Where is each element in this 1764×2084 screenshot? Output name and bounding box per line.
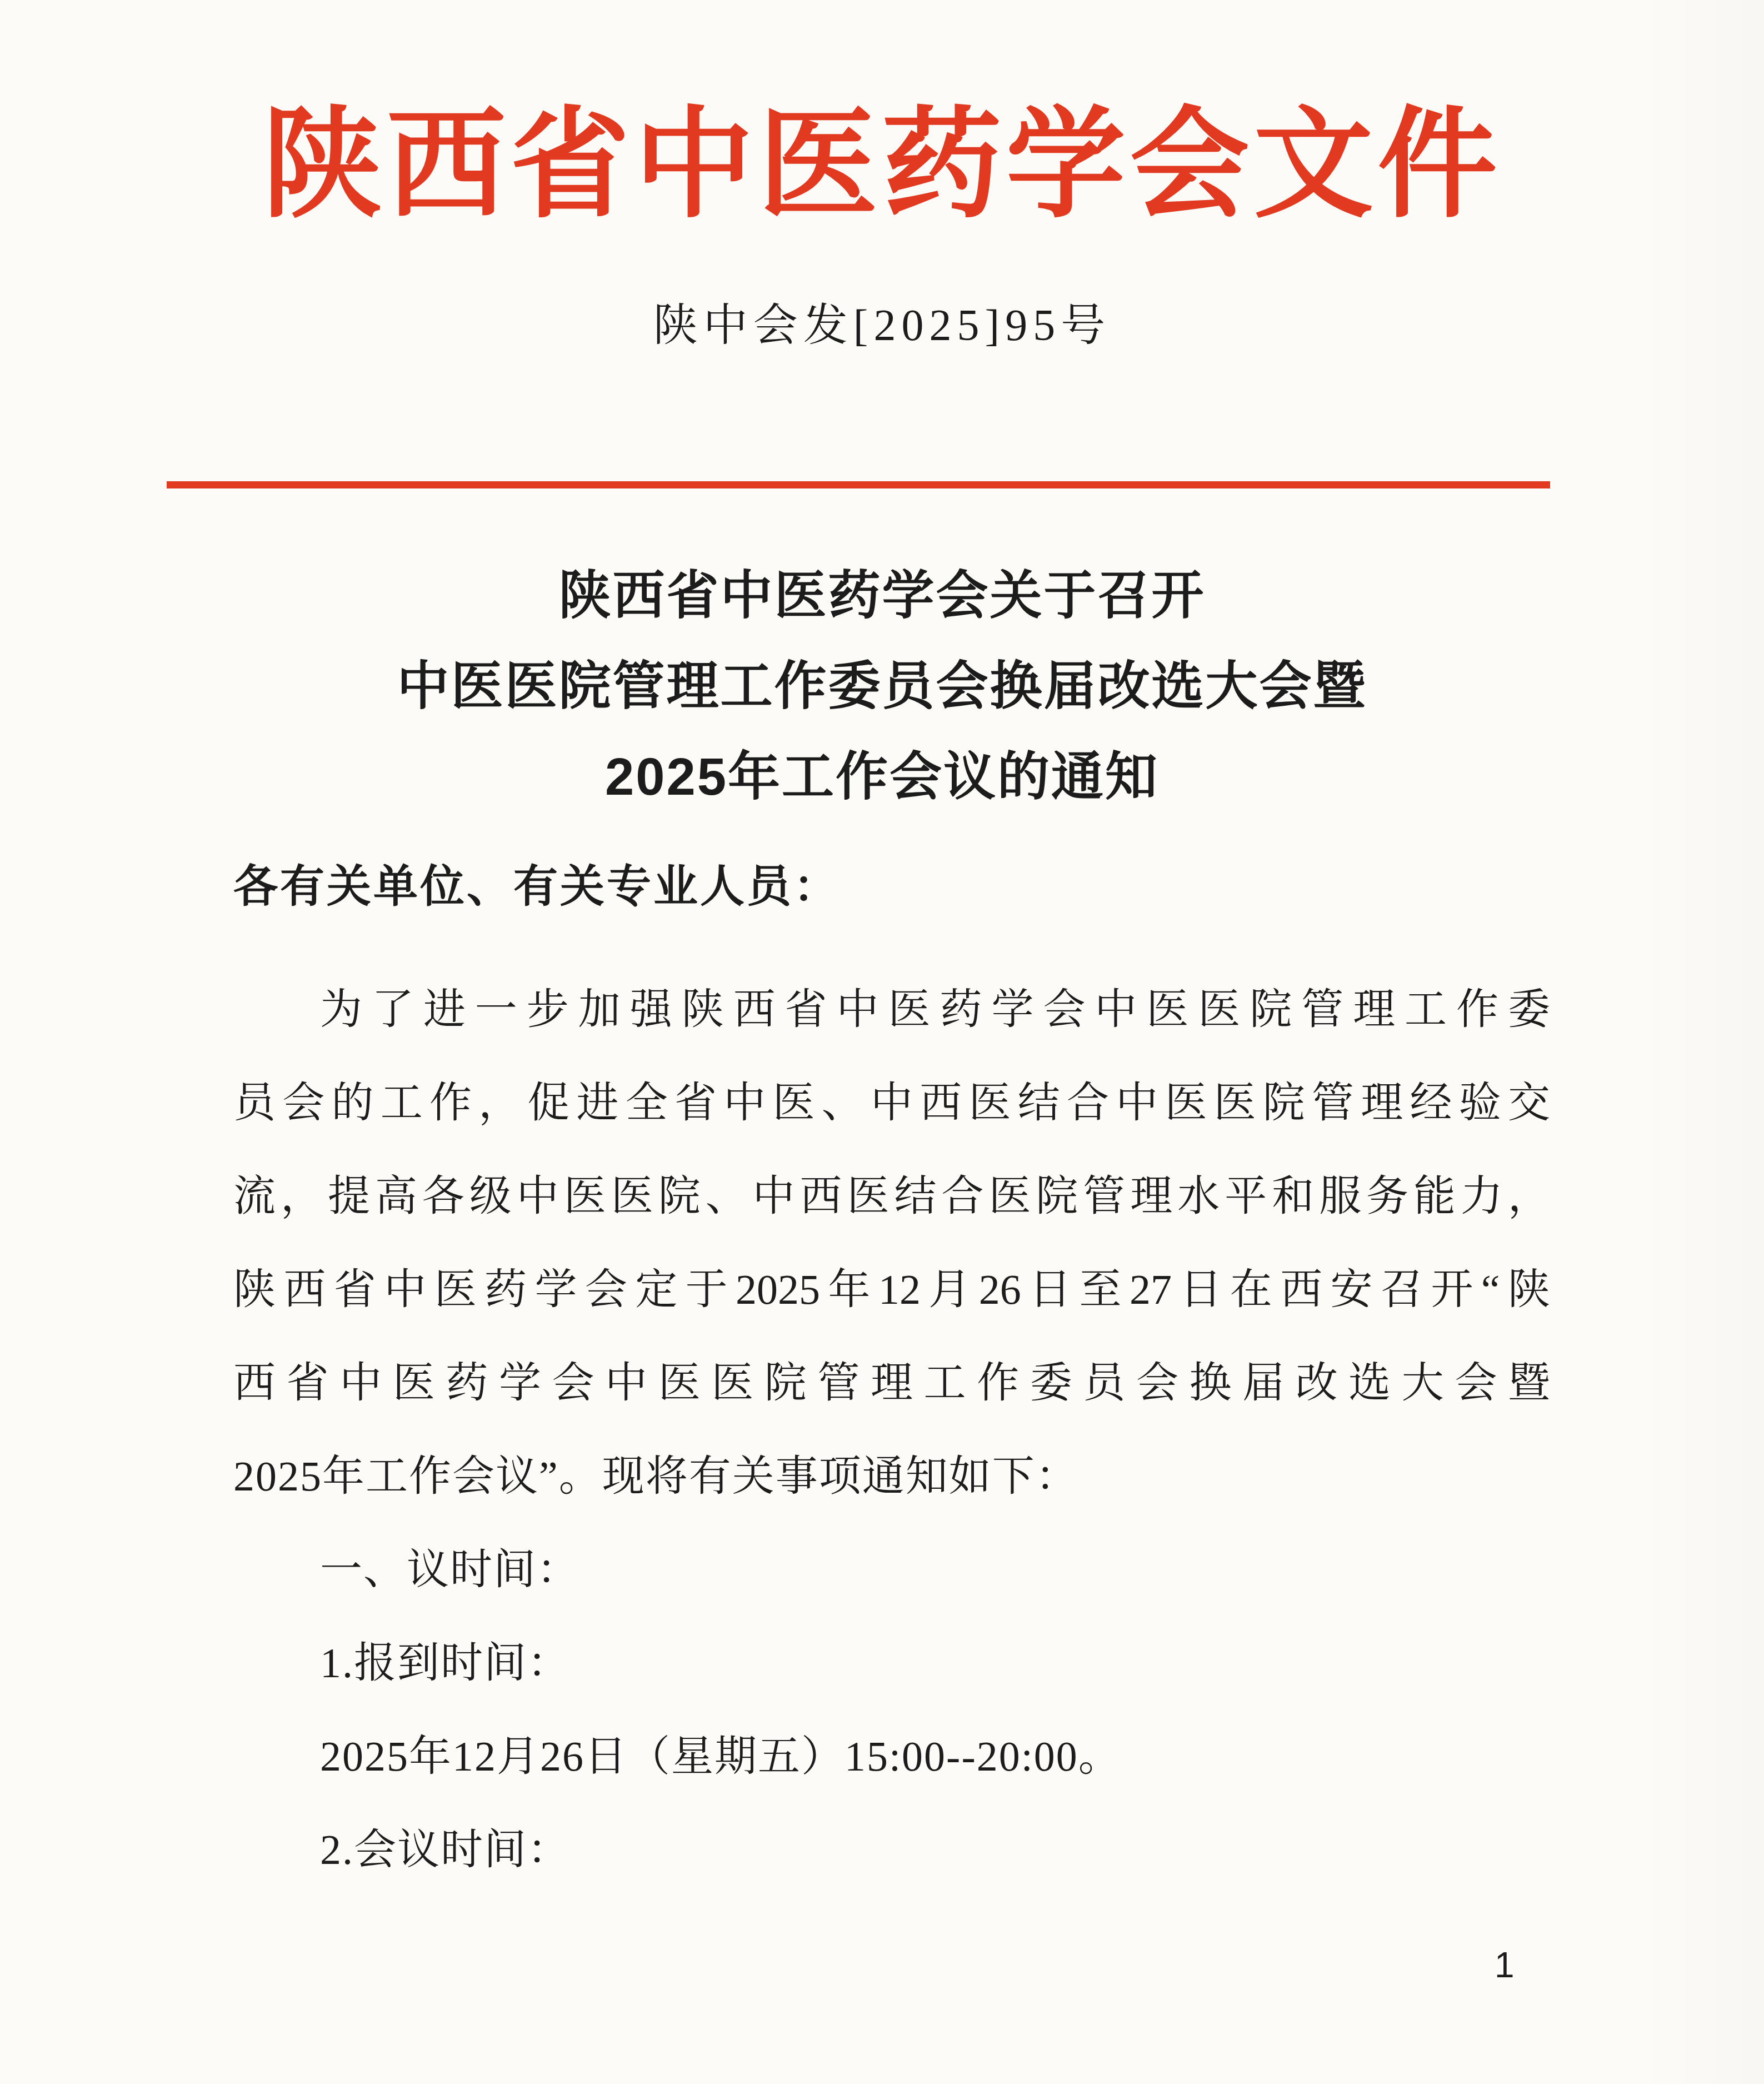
body-line-item-2: 2.会议时间： — [233, 1803, 1550, 1897]
body-line: 陕西省中医药学会定于2025年12月26日至27日在西安召开“陕 — [233, 1243, 1550, 1337]
document-number: 陕中会发[2025]95号 — [0, 299, 1764, 352]
subject-line-2: 中医医院管理工作委员会换届改选大会暨 — [0, 641, 1764, 731]
body-line: 2025年工作会议”。现将有关事项通知如下： — [233, 1430, 1550, 1523]
document-subject: 陕西省中医药学会关于召开 中医医院管理工作委员会换届改选大会暨 2025年工作会… — [0, 550, 1764, 822]
body-line-section-1: 一、议时间： — [233, 1523, 1550, 1617]
salutation: 各有关单位、有关专业人员： — [233, 860, 840, 914]
body-line: 流，提高各级中医医院、中西医结合医院管理水平和服务能力， — [233, 1150, 1550, 1243]
body-line-item-1: 1.报到时间： — [233, 1617, 1550, 1710]
letterhead-org-title: 陕西省中医药学会文件 — [0, 103, 1764, 228]
body-line: 西省中医药学会中医医院管理工作委员会换届改选大会暨 — [233, 1337, 1550, 1430]
subject-line-3: 2025年工作会议的通知 — [0, 731, 1764, 822]
subject-line-1: 陕西省中医药学会关于召开 — [0, 550, 1764, 641]
document-page: 陕西省中医药学会文件 陕中会发[2025]95号 陕西省中医药学会关于召开 中医… — [0, 0, 1764, 2084]
red-divider-rule — [167, 481, 1550, 488]
body-text: 为了进一步加强陕西省中医药学会中医医院管理工作委 员会的工作，促进全省中医、中西… — [233, 963, 1550, 1897]
body-line-checkin-time: 2025年12月26日（星期五）15:00--20:00。 — [233, 1710, 1550, 1803]
page-number: 1 — [1495, 1944, 1515, 1987]
body-line: 员会的工作，促进全省中医、中西医结合中医医院管理经验交 — [233, 1056, 1550, 1150]
body-line: 为了进一步加强陕西省中医药学会中医医院管理工作委 — [233, 963, 1550, 1056]
